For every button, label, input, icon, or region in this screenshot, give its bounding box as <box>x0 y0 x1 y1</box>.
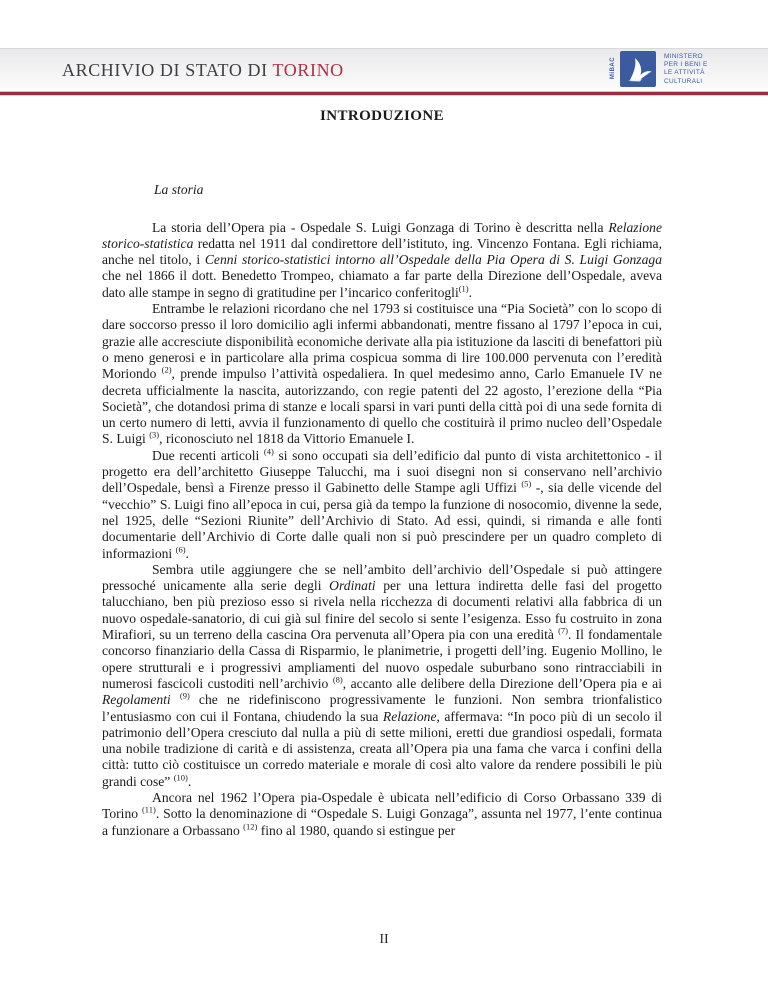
paragraph-4: Sembra utile aggiungere che se nell’ambi… <box>102 562 662 790</box>
archive-title-accent: TORINO <box>273 60 344 80</box>
page-title: INTRODUZIONE <box>102 108 662 124</box>
archive-title-prefix: ARCHIVIO DI STATO DI <box>62 60 273 80</box>
text-run: fino al 1980, quando si estingue per <box>257 823 455 838</box>
ministry-name: MINISTERO PER I BENI E LE ATTIVITÀ CULTU… <box>664 53 708 86</box>
document-page: ARCHIVIO DI STATO DI TORINO MiBAC MINIST… <box>0 0 768 994</box>
footnote-ref: (6) <box>176 544 186 554</box>
text-run: che nel 1866 il dott. Benedetto Trompeo,… <box>102 268 662 299</box>
footnote-ref: (11) <box>142 805 156 815</box>
footnote-ref: (7) <box>558 625 568 635</box>
text-run: , accanto alle delibere della Direzione … <box>343 676 662 691</box>
ministry-name-line: LE ATTIVITÀ <box>664 69 708 77</box>
text-run: . <box>188 774 191 789</box>
text-run: . <box>186 546 189 561</box>
paragraph-2: Entrambe le relazioni ricordano che nel … <box>102 301 662 448</box>
header-rule <box>0 91 768 96</box>
paragraph-3: Due recenti articoli (4) si sono occupat… <box>102 448 662 562</box>
section-heading: La storia <box>154 182 662 198</box>
text-run: Due recenti articoli <box>152 448 264 463</box>
page-number: II <box>0 932 768 948</box>
text-run: Regolamenti <box>102 692 180 707</box>
text-run: , riconosciuto nel 1818 da Vittorio Eman… <box>159 431 414 446</box>
paragraphs-container: La storia dell’Opera pia - Ospedale S. L… <box>102 220 662 839</box>
ministry-name-line: MINISTERO <box>664 53 708 61</box>
footnote-ref: (8) <box>333 674 343 684</box>
mibac-logo-icon <box>620 51 656 87</box>
document-body: INTRODUZIONE La storia La storia dell’Op… <box>102 108 662 839</box>
paragraph-1: La storia dell’Opera pia - Ospedale S. L… <box>102 220 662 301</box>
footnote-ref: (12) <box>243 821 257 831</box>
text-run: La storia dell’Opera pia - Ospedale S. L… <box>152 220 608 235</box>
footnote-ref: (1) <box>459 283 469 293</box>
footnote-ref: (3) <box>149 430 159 440</box>
paragraph-5: Ancora nel 1962 l’Opera pia-Ospedale è u… <box>102 790 662 839</box>
text-run: . <box>469 285 472 300</box>
text-run: Ordinati <box>329 578 375 593</box>
ministry-name-line: CULTURALI <box>664 78 708 86</box>
mibac-vertical-label: MiBAC <box>610 57 616 79</box>
text-run: Cenni storico-statistici intorno all’Osp… <box>205 252 662 267</box>
footnote-ref: (5) <box>521 479 531 489</box>
footnote-ref: (10) <box>174 772 188 782</box>
archive-title: ARCHIVIO DI STATO DI TORINO <box>62 60 344 81</box>
text-run: Relazione <box>383 709 437 724</box>
footnote-ref: (9) <box>180 691 190 701</box>
footnote-ref: (2) <box>162 365 172 375</box>
footnote-ref: (4) <box>264 446 274 456</box>
ministry-logo: MiBAC MINISTERO PER I BENI E LE ATTIVITÀ… <box>610 51 720 89</box>
